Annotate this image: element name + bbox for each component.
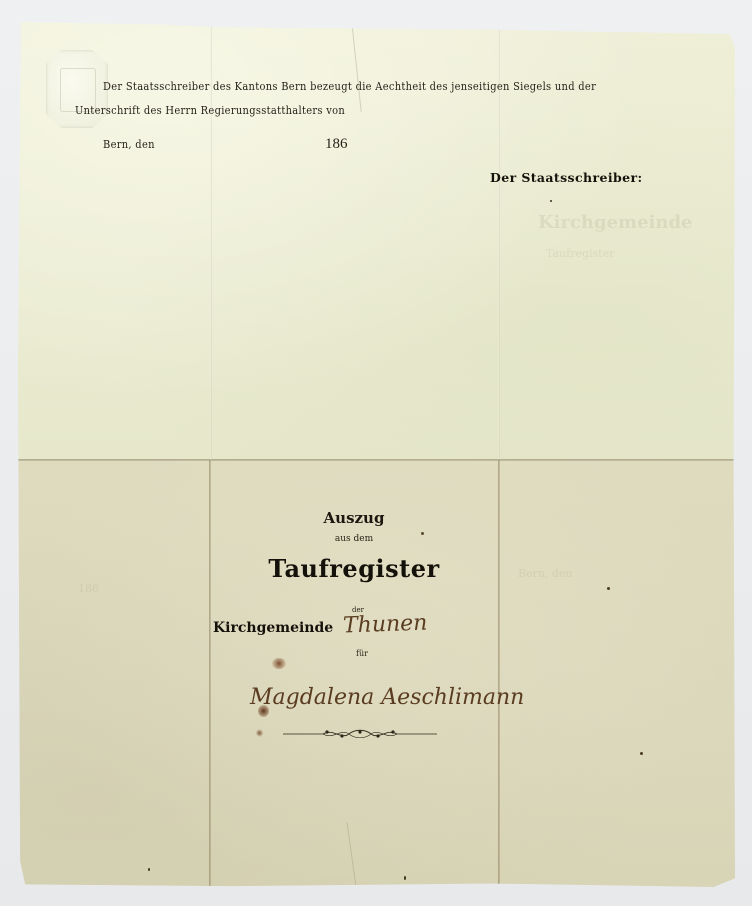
parish-label: Kirchgemeinde xyxy=(213,620,333,636)
photo-background: Kirchgemeinde Taufregister 186 Bern, den… xyxy=(0,0,752,906)
bleed-through-text: Taufregister xyxy=(546,247,614,260)
speck xyxy=(640,752,643,755)
parish-handwritten: Thunen xyxy=(343,611,428,639)
heading-auszug: Auszug xyxy=(210,509,498,527)
signatory-label: Der Staatsschreiber: xyxy=(490,170,642,185)
speck xyxy=(404,876,406,880)
horizontal-fold xyxy=(18,459,735,461)
for-label: für xyxy=(356,649,368,658)
document-sheet: Kirchgemeinde Taufregister 186 Bern, den… xyxy=(18,22,735,887)
year-prefix: 186 xyxy=(325,136,348,153)
bleed-through-text: Kirchgemeinde xyxy=(538,212,693,233)
certification-line-1: Der Staatsschreiber des Kantons Bern bez… xyxy=(103,79,596,93)
ink-dot xyxy=(550,200,552,202)
vertical-fold-right-lower xyxy=(498,460,500,887)
stain xyxy=(272,658,286,669)
decorative-divider-icon xyxy=(283,727,437,741)
sub-heading-aus-dem: aus dem xyxy=(210,534,498,544)
stain xyxy=(258,705,269,717)
title-taufregister: Taufregister xyxy=(210,554,498,583)
speck xyxy=(148,868,150,871)
bleed-through-text: Bern, den xyxy=(518,567,573,580)
speck xyxy=(607,587,610,590)
place-date-label: Bern, den xyxy=(103,137,155,151)
speck xyxy=(421,532,424,535)
bleed-through-text: 186 xyxy=(78,582,99,595)
stain xyxy=(256,729,263,737)
person-name-handwritten: Magdalena Aeschlimann xyxy=(250,685,524,710)
certification-line-2: Unterschrift des Herrn Regierungsstattha… xyxy=(75,103,345,117)
